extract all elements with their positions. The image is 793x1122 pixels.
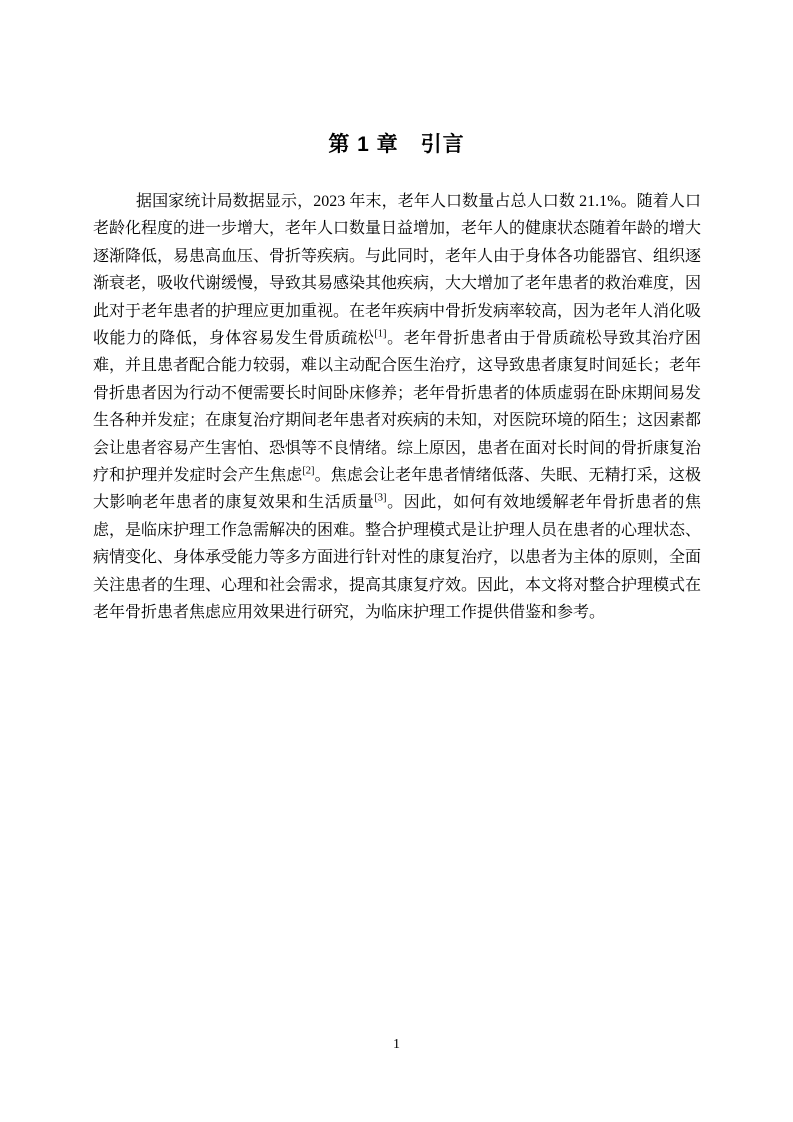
paragraph-text: 据国家统计局数据显示，2023 年末，老年人口数量占总人口数 21.1%。随着人…	[93, 193, 701, 347]
reference-marker: [3]	[374, 493, 386, 504]
paragraph-text: 。老年骨折患者由于骨质疏松导致其治疗困难，并且患者配合能力较弱，难以主动配合医生…	[93, 330, 701, 484]
chapter-title: 第 1 章 引言	[0, 132, 793, 158]
reference-marker: [1]	[374, 329, 386, 340]
page-footer: 1	[0, 1036, 793, 1054]
page-number: 1	[393, 1037, 400, 1052]
reference-marker: [2]	[302, 466, 314, 477]
body-paragraph: 据国家统计局数据显示，2023 年末，老年人口数量占总人口数 21.1%。随着人…	[93, 188, 701, 627]
document-page: 第 1 章 引言 据国家统计局数据显示，2023 年末，老年人口数量占总人口数 …	[0, 0, 793, 1122]
paragraph-text: 。因此，如何有效地缓解老年骨折患者的焦虑，是临床护理工作急需解决的困难。整合护理…	[93, 494, 701, 621]
